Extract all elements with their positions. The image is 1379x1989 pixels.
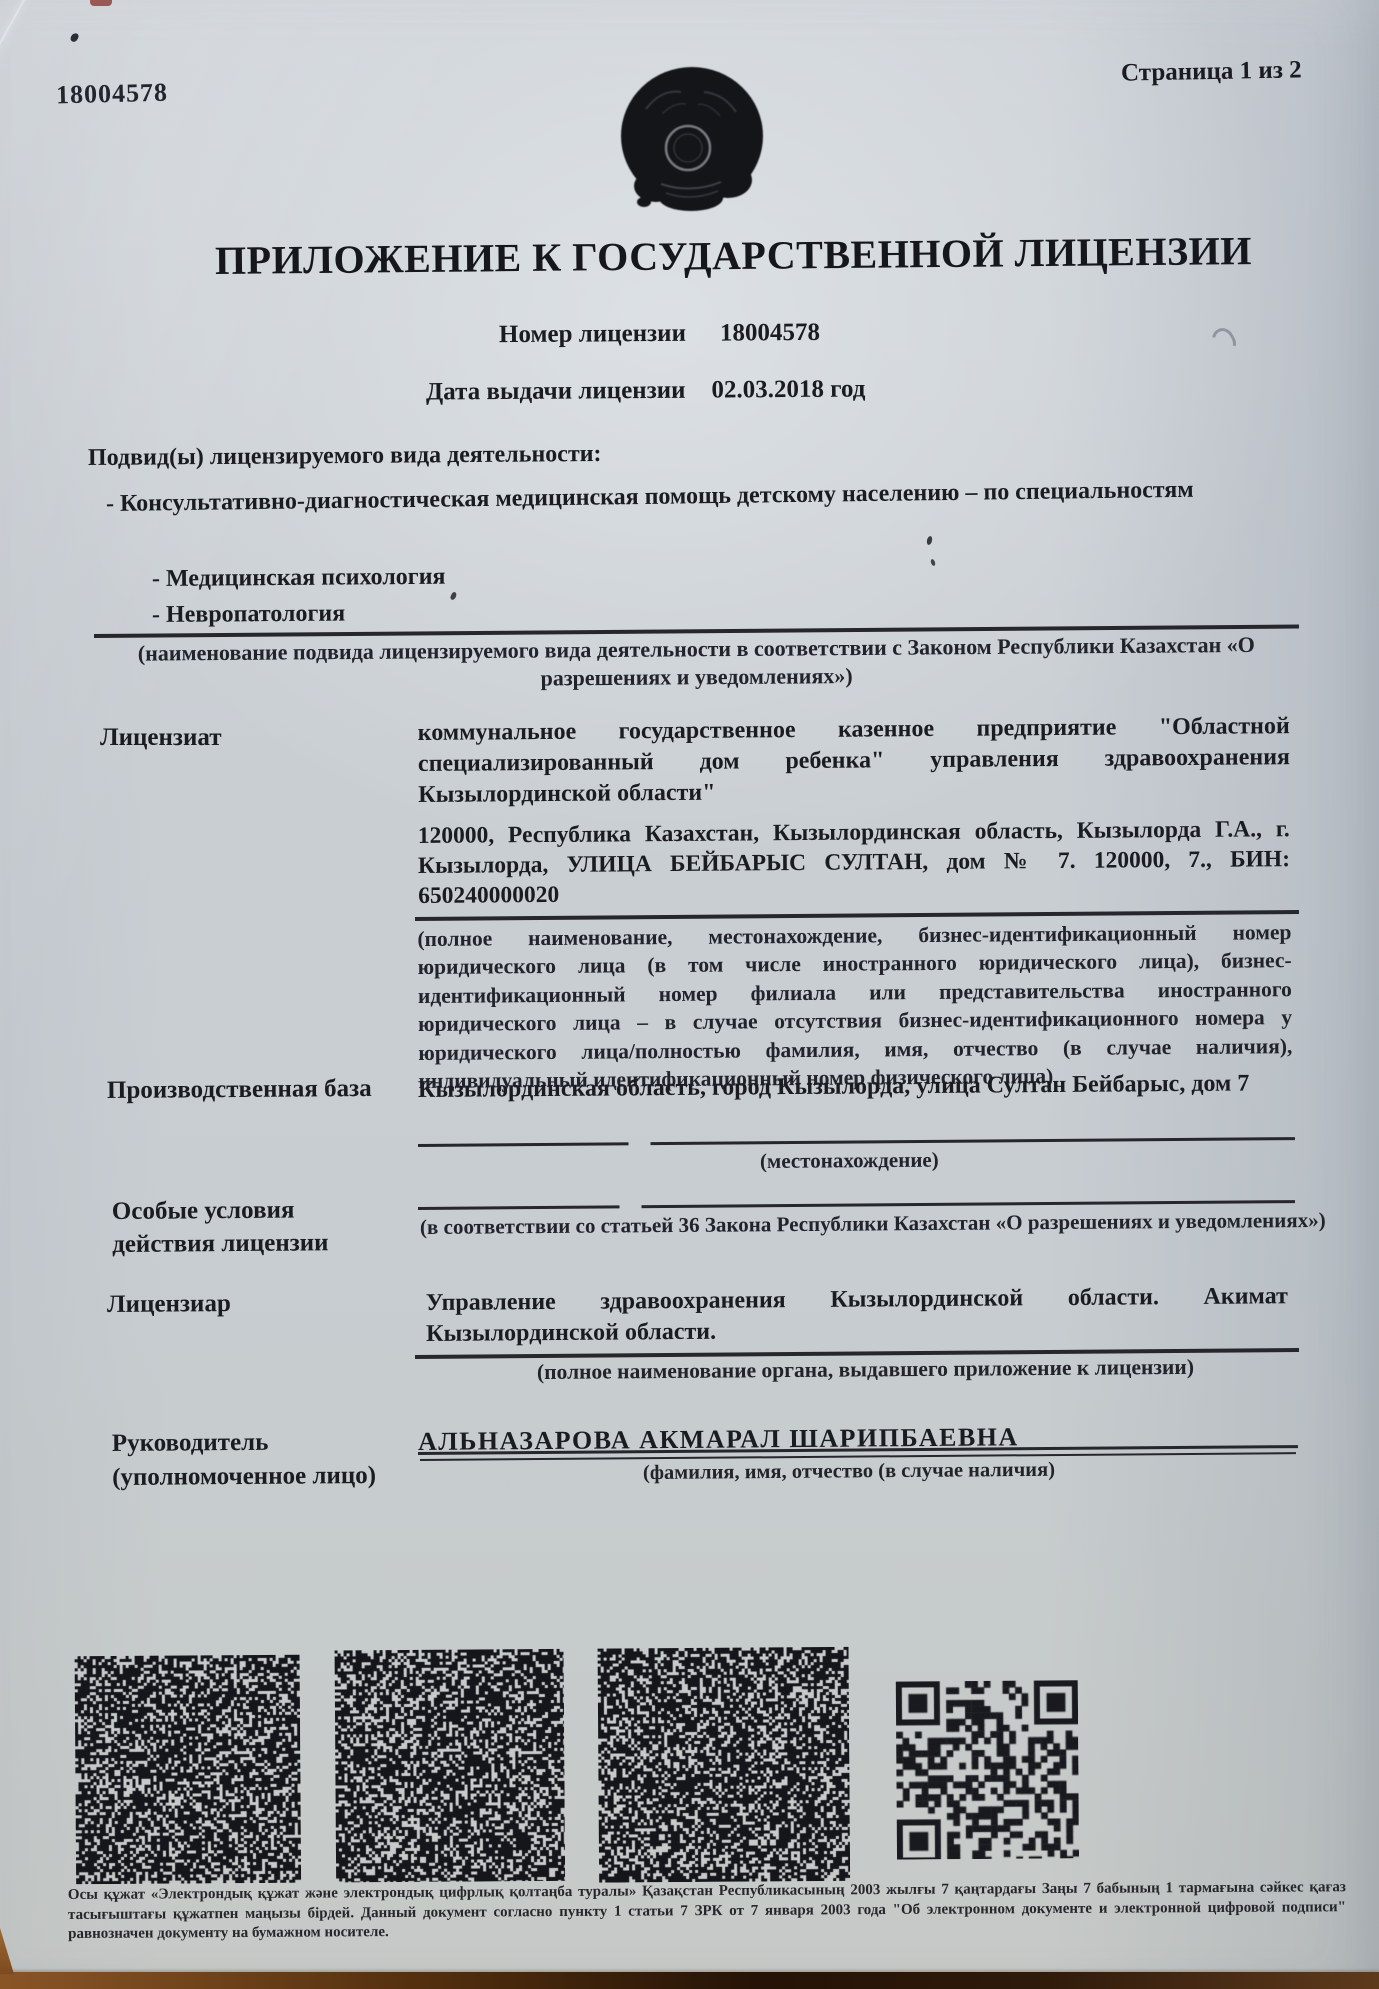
barcode-block (335, 1649, 566, 1883)
qr-code (896, 1680, 1079, 1859)
table-surface-edge (0, 1972, 1379, 1989)
scanned-license-page: 18004578 Страница 1 из 2 ПРИЛОЖЕНИЕ К ГО… (0, 0, 1379, 1989)
barcode-block (75, 1655, 302, 1885)
barcode-block (598, 1647, 851, 1883)
footer-disclaimer: Осы құжат «Электрондық құжат және электр… (68, 1878, 1346, 1944)
barcode-row (0, 0, 1379, 1989)
